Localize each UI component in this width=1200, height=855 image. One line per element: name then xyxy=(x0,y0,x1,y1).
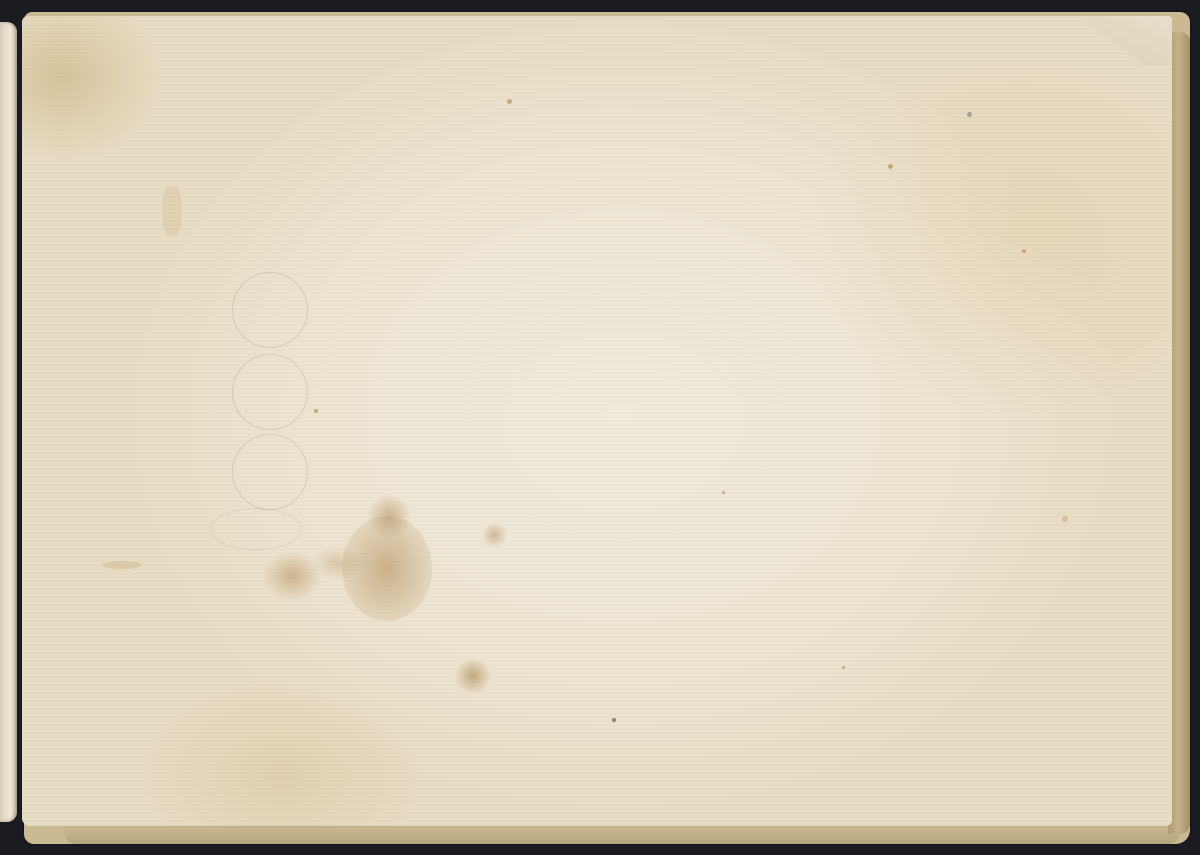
foxing-spot xyxy=(967,112,972,117)
water-stain xyxy=(482,521,507,549)
water-stain xyxy=(312,546,362,581)
foxing-spot xyxy=(842,666,845,669)
water-stain xyxy=(367,494,412,539)
previous-page-edge xyxy=(0,22,17,822)
foxing-spot xyxy=(1062,516,1068,522)
watermark-circle xyxy=(232,354,308,430)
foxing-spot xyxy=(314,409,318,413)
foxing-spot xyxy=(102,561,142,569)
watermark-circle xyxy=(210,508,302,550)
foxing-spot xyxy=(162,186,182,236)
water-stain xyxy=(454,659,492,693)
foxing-spot xyxy=(888,164,893,169)
foxing-spot xyxy=(1022,249,1026,253)
folded-corner xyxy=(1082,16,1172,66)
watermark-circle xyxy=(232,272,308,348)
foxing-spot xyxy=(612,718,616,722)
foxing-spot xyxy=(722,491,725,494)
foxing-spot xyxy=(507,99,512,104)
scan-background xyxy=(0,0,1200,855)
watermark-circle xyxy=(232,434,308,510)
blank-paper-page xyxy=(22,16,1172,826)
